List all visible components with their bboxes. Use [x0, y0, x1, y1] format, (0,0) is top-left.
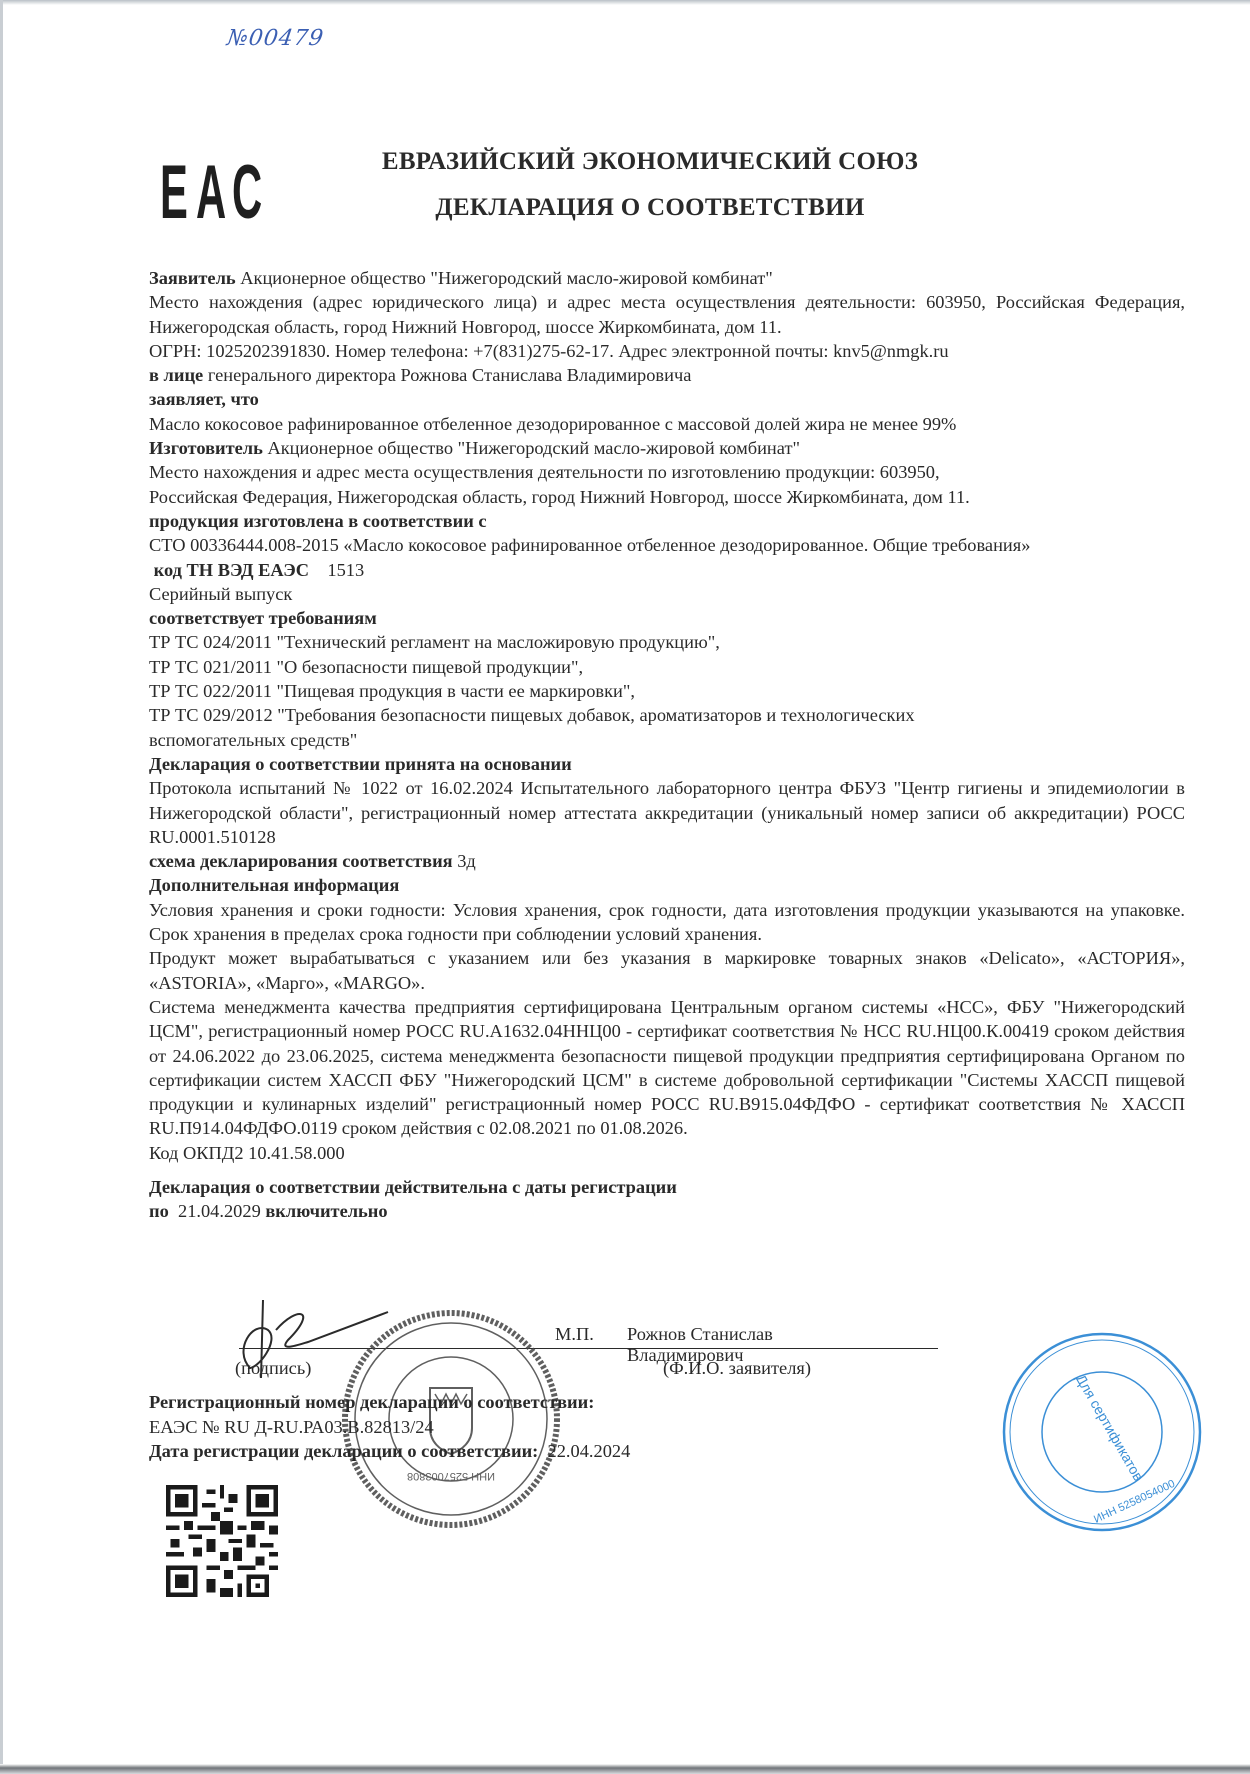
reg-date: 22.04.2024 — [548, 1441, 631, 1461]
requirement-item: ТР ТС 021/2011 "О безопасности пищевой п… — [149, 655, 1185, 679]
document-title: ДЕКЛАРАЦИЯ О СООТВЕТСТВИИ — [300, 194, 1000, 222]
reg-number-label: Регистрационный номер декларации о соотв… — [149, 1390, 630, 1415]
requirement-item: вспомогательных средств" — [149, 728, 1185, 752]
applicant-label: Заявитель — [149, 268, 236, 288]
validity-date: 21.04.2029 — [178, 1201, 261, 1221]
union-title: ЕВРАЗИЙСКИЙ ЭКОНОМИЧЕСКИЙ СОЮЗ — [300, 148, 1000, 176]
additional-label: Дополнительная информация — [149, 873, 1185, 897]
scheme-value: 3д — [457, 851, 476, 871]
manufacturer-address-2: Российская Федерация, Нижегородская обла… — [149, 485, 1185, 509]
svg-text:ИНН 5258054000: ИНН 5258054000 — [1092, 1478, 1177, 1526]
scan-bottom-edge — [0, 1764, 1250, 1774]
eac-logo: E A C — [160, 158, 260, 228]
okpd2-code: Код ОКПД2 10.41.58.000 — [149, 1141, 1185, 1165]
additional-storage: Условия хранения и сроки годности: Услов… — [149, 898, 1185, 947]
manufacturer-address-1: Место нахождения и адрес места осуществл… — [149, 460, 1185, 484]
scheme-line: схема декларирования соответствия 3д — [149, 849, 1185, 873]
validity-date-line: по 21.04.2029 включительно — [149, 1199, 1185, 1223]
tn-ved-label: код ТН ВЭД ЕАЭС — [154, 560, 309, 580]
standard: СТО 00336444.008-2015 «Масло кокосовое р… — [149, 533, 1185, 557]
requirement-item: ТР ТС 022/2011 "Пищевая продукция в част… — [149, 679, 1185, 703]
qr-code-icon[interactable] — [166, 1485, 278, 1597]
requirements-label: соответствует требованиям — [149, 606, 1185, 630]
represented-line: в лице генерального директора Рожнова Ст… — [149, 363, 1185, 387]
applicant-address: Место нахождения (адрес юридического лиц… — [149, 290, 1185, 339]
blue-stamp-icon: Для сертификатов ИНН 5258054000 — [1000, 1330, 1204, 1534]
reg-date-label: Дата регистрации декларации о соответств… — [149, 1441, 538, 1461]
requirement-item: ТР ТС 024/2011 "Технический регламент на… — [149, 630, 1185, 654]
scheme-label: схема декларирования соответствия — [149, 851, 453, 871]
applicant-line: Заявитель Акционерное общество "Нижегоро… — [149, 266, 1185, 290]
eac-letter-c: C — [232, 158, 247, 228]
additional-certification: Система менеджмента качества предприятия… — [149, 995, 1185, 1141]
tn-ved-value: 1513 — [327, 560, 364, 580]
document-header: ЕВРАЗИЙСКИЙ ЭКОНОМИЧЕСКИЙ СОЮЗ ДЕКЛАРАЦИ… — [300, 148, 1000, 222]
handwritten-number: №00479 — [225, 26, 325, 51]
basis-text: Протокола испытаний № 1022 от 16.02.2024… — [149, 776, 1185, 849]
document-body: Заявитель Акционерное общество "Нижегоро… — [149, 266, 1185, 1224]
represented-by: генерального директора Рожнова Станислав… — [208, 365, 692, 385]
applicant-contacts: ОГРН: 1025202391830. Номер телефона: +7(… — [149, 339, 1185, 363]
manufacturer-label: Изготовитель — [149, 438, 263, 458]
requirement-item: ТР ТС 029/2012 "Требования безопасности … — [149, 703, 1185, 727]
declares-label: заявляет, что — [149, 387, 1185, 411]
reg-number: ЕАЭС № RU Д-RU.РА03.В.82813/24 — [149, 1415, 630, 1440]
represented-label: в лице — [149, 365, 203, 385]
validity-line: Декларация о соответствии действительна … — [149, 1175, 1185, 1199]
eac-letter-e: E — [160, 158, 175, 228]
registration-block: Регистрационный номер декларации о соотв… — [149, 1390, 630, 1464]
scan-left-edge — [0, 0, 3, 1768]
basis-label: Декларация о соответствии принята на осн… — [149, 752, 1185, 776]
product-name: Масло кокосовое рафинированное отбеленно… — [149, 412, 1185, 436]
manufacturer-line: Изготовитель Акционерное общество "Нижег… — [149, 436, 1185, 460]
eac-letter-a: A — [196, 158, 211, 228]
applicant-name: Акционерное общество "Нижегородский масл… — [240, 268, 773, 288]
scan-top-edge — [0, 0, 1250, 5]
svg-text:Для сертификатов: Для сертификатов — [1073, 1371, 1147, 1483]
name-caption: (Ф.И.О. заявителя) — [663, 1358, 811, 1379]
additional-trademarks: Продукт может вырабатываться с указанием… — [149, 946, 1185, 995]
svg-text:ИНН 5257003808: ИНН 5257003808 — [407, 1470, 495, 1482]
release-type: Серийный выпуск — [149, 582, 1185, 606]
tn-ved-line: код ТН ВЭД ЕАЭС 1513 — [149, 558, 1185, 582]
reg-date-line: Дата регистрации декларации о соответств… — [149, 1439, 630, 1464]
manufacturer-name: Акционерное общество "Нижегородский масл… — [267, 438, 800, 458]
manufactured-per-label: продукция изготовлена в соответствии с — [149, 509, 1185, 533]
validity-prefix: по — [149, 1201, 169, 1221]
validity-suffix: включительно — [265, 1201, 387, 1221]
